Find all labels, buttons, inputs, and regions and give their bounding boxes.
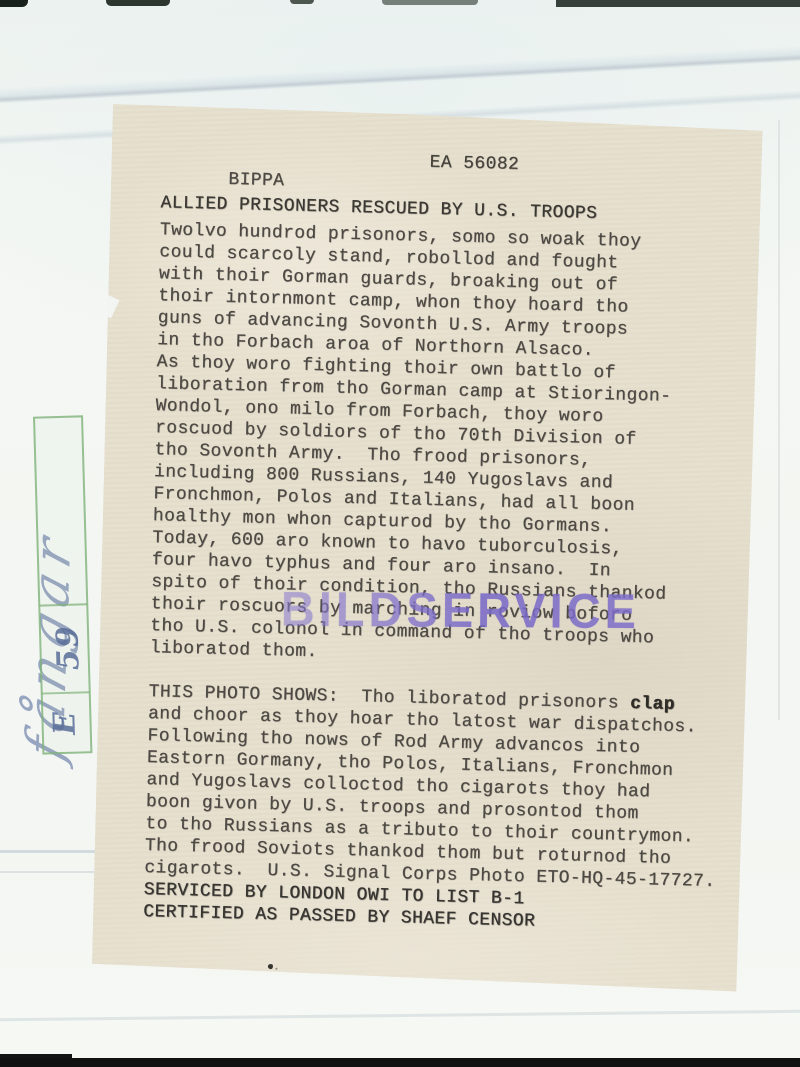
typed-caption: BIPPA EA 56082 ALLIED PRISONERS RESCUED … [143,145,737,937]
agency-code: BIPPA [228,170,284,191]
bildservice-watermark: BILDSERVICE [281,584,640,635]
scan-edge-artifact [382,0,478,5]
caption-sheet: BIPPA EA 56082 ALLIED PRISONERS RESCUED … [91,102,762,998]
stamp-code-digits: 59 [50,624,86,671]
scan-bottom-edge [0,1058,800,1067]
archive-stamp-box: 59 E [33,415,92,754]
dust-speck [268,964,273,969]
stamp-code-letter: E [47,712,83,736]
caption-paragraph-2: THIS PHOTO SHOWS: Tho liboratod prisonor… [143,681,724,937]
scan-edge-artifact [290,0,314,4]
scan-edge-artifact [556,0,800,7]
caption-header: BIPPA EA 56082 [161,145,736,181]
scan-edge-artifact [0,0,28,7]
stamp-divider [42,691,90,694]
scan-edge-artifact [106,0,170,6]
photo-id: EA 56082 [429,152,519,176]
stamp-divider [39,603,87,606]
